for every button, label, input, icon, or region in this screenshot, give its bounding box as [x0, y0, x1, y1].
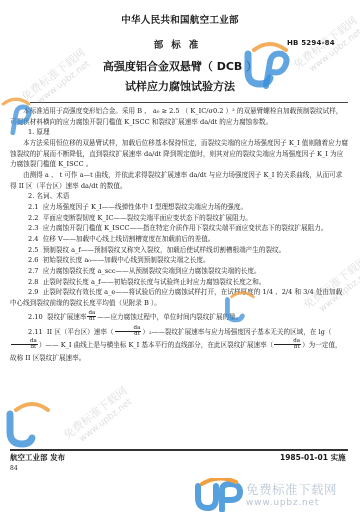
term-item: 2.7 应力腐蚀裂纹长度 a_scc——从预制裂纹尖端到应力腐蚀裂纹尖端的长度。	[10, 266, 348, 277]
term-item: 2.1 应力场强度因子 K_I——线弹性体中 I 型理想裂纹尖端应力场的强度。	[10, 202, 348, 213]
term-number: 2.7	[28, 267, 39, 275]
term-text: 预制裂纹 a_f——预制裂纹又称突入裂纹，加载后使试样线切割槽根端产生的裂纹。	[43, 246, 286, 254]
brand-watermark: 免费标准下载网 www.upbz.net	[246, 480, 337, 508]
principle-paragraph-2: 由测得 a 、 t 可作 a—t 曲线，并依此求得裂纹扩展速率 da/dt 与应…	[10, 170, 348, 191]
term-item: 2.4 位移 V——加载中心线上线切割槽宽度在加载前后的差值。	[10, 234, 348, 245]
fraction-da-dt: dadt	[11, 339, 38, 351]
page-number: 84	[10, 465, 18, 472]
document-title-line2: 试样应力腐蚀试验方法	[0, 78, 360, 94]
section-heading-terms: 2. 名词、术语	[10, 191, 348, 202]
term-text: 应力腐蚀裂纹长度 a_scc——从预制裂纹尖端到应力腐蚀裂纹尖端的长度。	[43, 267, 261, 275]
term-number: 2.11	[28, 328, 43, 336]
fraction-da-dt: dadt	[87, 311, 96, 323]
watermark-text: 免费标准下载网www.upbz.net	[60, 383, 137, 451]
section-heading-principle: 1. 原理	[10, 127, 348, 138]
header-rule	[30, 102, 348, 103]
ministry-name: 中华人民共和国航空工业部	[0, 12, 360, 26]
standard-number: HB 5294-84	[287, 39, 335, 47]
term-number: 2.1	[28, 203, 39, 211]
term-number: 2.4	[28, 235, 39, 243]
brand-url: www.upbz.net	[246, 498, 337, 508]
document-page: 中华人民共和国航空工业部 部标准 HB 5294-84 高强度铝合金双悬臂（ D…	[0, 0, 360, 520]
term-item: 2.11 II 区（平台区）速率（dadt）₂——裂纹扩展速率与应力场强度因子基…	[10, 326, 348, 366]
term-text: 位移 V——加载中心线上线切割槽宽度在加载前后的差值。	[43, 235, 215, 243]
term-text: ——应力腐蚀过程中，单位时间内裂纹扩展的量。	[97, 313, 242, 321]
term-item: 2.6 初始裂纹长度 a₀——加载中心线到预制裂纹尖端之长度。	[10, 255, 348, 266]
term-number: 2.5	[28, 246, 39, 254]
fraction-da-dt: dadt	[274, 339, 301, 351]
term-number: 2.6	[28, 256, 39, 264]
term-item: 2.3 应力腐蚀开裂门槛值 K_ISCC——指在特定介质作用下裂纹尖端平面应变状…	[10, 223, 348, 234]
term-text: 平面应变断裂韧度 K_IC——裂纹尖端平面应变状态下的裂纹扩展阻力。	[43, 214, 252, 222]
term-text: ）₂——裂纹扩展速率与应力场强度因子基本无关的区域，在 lg（	[142, 328, 331, 336]
term-item: 2.9 止裂时裂纹有效长度 a_e——将试验后的应力腐蚀试样打开，在试样厚度的 …	[10, 287, 348, 308]
term-number: 2.10	[28, 313, 43, 321]
term-text: II 区（平台区）速率（	[47, 328, 114, 336]
issuer: 航空工业部 发布	[10, 452, 65, 463]
term-item: 2.8 止裂时裂纹长度 a_f——初始裂纹长度与试验终止时应力腐蚀裂纹长度之和。	[10, 277, 348, 288]
term-item: 2.5 预制裂纹 a_f——预制裂纹又称突入裂纹，加载后使试样线切割槽根端产生的…	[10, 245, 348, 256]
term-text: ）—— K_I 曲线上是与横坐标 K_I 基本平行的直线部分，在此区裂纹扩展速率…	[39, 341, 273, 349]
term-text: 应力场强度因子 K_I——线弹性体中 I 型理想裂纹尖端应力场的强度。	[43, 203, 247, 211]
brand-logo-icon	[192, 478, 244, 512]
brand-name: 免费标准下载网	[246, 480, 337, 498]
principle-paragraph-1: 本方法采用恒位移的双悬臂试样，加载后位移基本保持恒定，而裂纹尖端的应力场强度因子…	[10, 138, 348, 170]
term-text: 止裂时裂纹有效长度 a_e——将试验后的应力腐蚀试样打开，在试样厚度的 1/4 …	[10, 288, 342, 307]
watermark-logo-icon	[2, 395, 52, 455]
term-text: 裂纹扩展速率	[47, 313, 87, 321]
term-text: 止裂时裂纹长度 a_f——初始裂纹长度与试验终止时应力腐蚀裂纹长度之和。	[43, 278, 266, 286]
term-number: 2.8	[28, 278, 39, 286]
intro-paragraph: 本标准适用于高强度变形铝合金。采用 B 、 a₀ ≥ 2.5 （ K_IC/σ0…	[10, 106, 348, 127]
term-item: 2.2 平面应变断裂韧度 K_IC——裂纹尖端平面应变状态下的裂纹扩展阻力。	[10, 213, 348, 224]
term-number: 2.9	[28, 288, 39, 296]
fraction-da-dt: dadt	[115, 326, 142, 338]
term-number: 2.2	[28, 214, 39, 222]
term-text: 应力腐蚀开裂门槛值 K_ISCC——指在特定介质作用下裂纹尖端平面应变状态下的裂…	[43, 224, 328, 232]
effective-date: 1985-01-01 实施	[280, 452, 346, 463]
term-item: 2.10 裂纹扩展速率dadt——应力腐蚀过程中，单位时间内裂纹扩展的量。	[10, 311, 348, 323]
document-body: 本标准适用于高强度变形铝合金。采用 B 、 a₀ ≥ 2.5 （ K_IC/σ0…	[10, 106, 348, 365]
footer-rule	[10, 449, 348, 451]
document-title-line1: 高强度铝合金双悬臂（ DCB ）	[0, 58, 360, 74]
term-text: 初始裂纹长度 a₀——加载中心线到预制裂纹尖端之长度。	[43, 256, 210, 264]
term-number: 2.3	[28, 224, 39, 232]
